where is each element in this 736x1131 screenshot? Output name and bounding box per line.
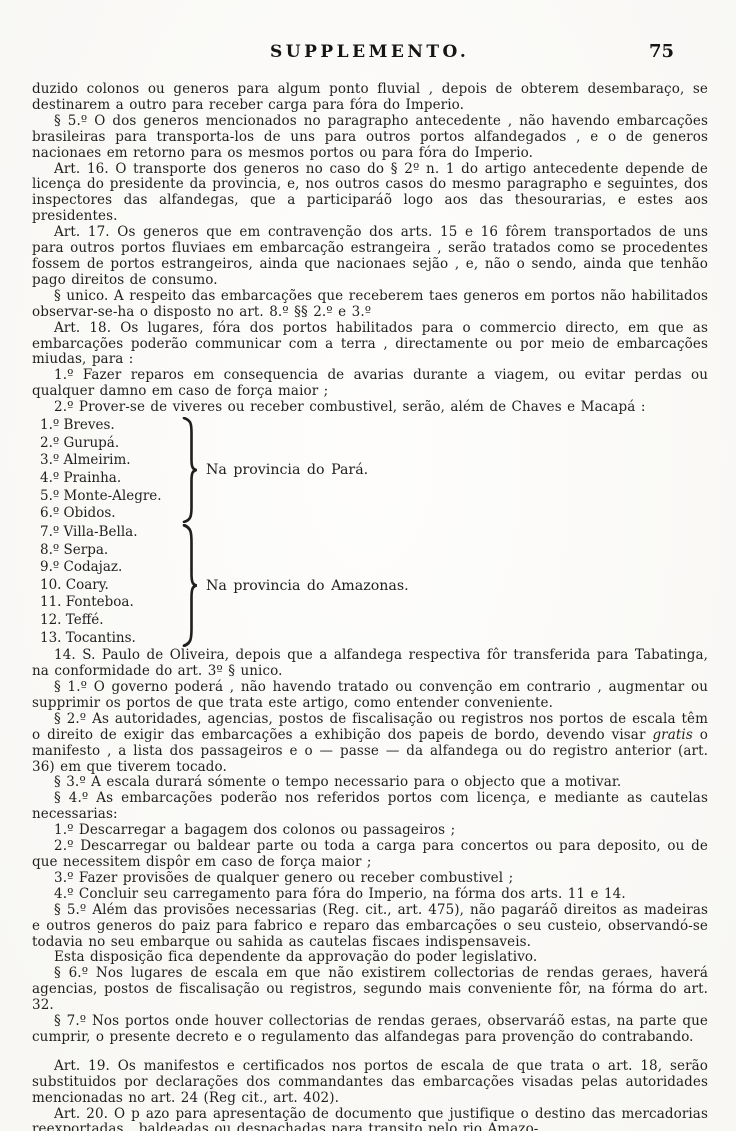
paragraph: § 6.º Nos lugares de escala em que não e…	[32, 966, 708, 1014]
text-run: § 2.º As autoridades, agencias, postos d…	[32, 711, 708, 743]
paragraph: 14. S. Paulo de Oliveira, depois que a a…	[32, 648, 708, 680]
port-list-item: 5.º Monte-Alegre.	[40, 488, 182, 506]
italic-text-run: gratis	[652, 727, 692, 743]
paragraph: 2.º Descarregar ou baldear parte ou toda…	[32, 839, 708, 871]
paragraph: § 3.º A escala durará sómente o tempo ne…	[32, 775, 708, 791]
paragraph: § 4.º As embarcações poderão nos referid…	[32, 791, 708, 823]
page-number: 75	[649, 41, 674, 62]
port-list-item: 10. Coary.	[40, 577, 182, 595]
paragraph: § 5.º Além das provisões necessarias (Re…	[32, 903, 708, 951]
paragraph: 2.º Prover-se de viveres ou receber comb…	[32, 400, 708, 416]
document-body: duzido colonos ou generos para algum pon…	[32, 82, 708, 1131]
port-list-item: 7.º Villa-Bella.	[40, 524, 182, 542]
port-list-item: 12. Teffé.	[40, 612, 182, 630]
page-title: SUPPLEMENTO.	[270, 42, 469, 62]
port-list-item: 3.º Almeirim.	[40, 452, 182, 470]
port-list-item: 9.º Codajaz.	[40, 559, 182, 577]
paragraph: 3.º Fazer provisões de qualquer genero o…	[32, 871, 708, 887]
province-label: Na provincia do Pará.	[206, 462, 368, 478]
port-list-item: 2.º Gurupá.	[40, 435, 182, 453]
port-list-group: 1.º Breves.2.º Gurupá.3.º Almeirim.4.º P…	[40, 417, 708, 523]
port-list-item: 1.º Breves.	[40, 417, 182, 435]
paragraph: Art. 19. Os manifestos e certificados no…	[32, 1059, 708, 1107]
port-list-items: 7.º Villa-Bella.8.º Serpa.9.º Codajaz.10…	[40, 524, 182, 647]
port-list-item: 6.º Obidos.	[40, 505, 182, 523]
curly-brace-icon	[182, 524, 197, 647]
port-list-item: 4.º Prainha.	[40, 470, 182, 488]
paragraph: Art. 17. Os generos que em contravenção …	[32, 225, 708, 289]
port-list-item: 11. Fonteboa.	[40, 594, 182, 612]
scanned-page: SUPPLEMENTO. 75 duzido colonos ou genero…	[0, 0, 736, 1131]
paragraph: 1.º Descarregar a bagagem dos colonos ou…	[32, 823, 708, 839]
paragraph: Esta disposição fica dependente da appro…	[32, 950, 708, 966]
paragraph: Art. 18. Os lugares, fóra dos portos hab…	[32, 321, 708, 369]
paragraph: Art. 20. O p azo para apresentação de do…	[32, 1107, 708, 1131]
port-list-item: 13. Tocantins.	[40, 630, 182, 648]
paragraph: Art. 16. O transporte dos generos no cas…	[32, 162, 708, 226]
paragraph: § 7.º Nos portos onde houver collectoria…	[32, 1014, 708, 1046]
paragraph: § 5.º O dos generos mencionados no parag…	[32, 114, 708, 162]
paragraph: § unico. A respeito das embarcações que …	[32, 289, 708, 321]
curly-brace-icon	[182, 417, 197, 523]
paragraph: § 2.º As autoridades, agencias, postos d…	[32, 712, 708, 776]
paragraph: duzido colonos ou generos para algum pon…	[32, 82, 708, 114]
paragraph: 1.º Fazer reparos em consequencia de ava…	[32, 368, 708, 400]
province-label: Na provincia do Amazonas.	[206, 578, 409, 594]
paragraph: § 1.º O governo poderá , não havendo tra…	[32, 680, 708, 712]
port-list-items: 1.º Breves.2.º Gurupá.3.º Almeirim.4.º P…	[40, 417, 182, 523]
running-head: SUPPLEMENTO. 75	[32, 42, 706, 68]
port-list-item: 8.º Serpa.	[40, 542, 182, 560]
port-list-group: 7.º Villa-Bella.8.º Serpa.9.º Codajaz.10…	[40, 524, 708, 647]
paragraph: 4.º Concluir seu carregamento para fóra …	[32, 887, 708, 903]
